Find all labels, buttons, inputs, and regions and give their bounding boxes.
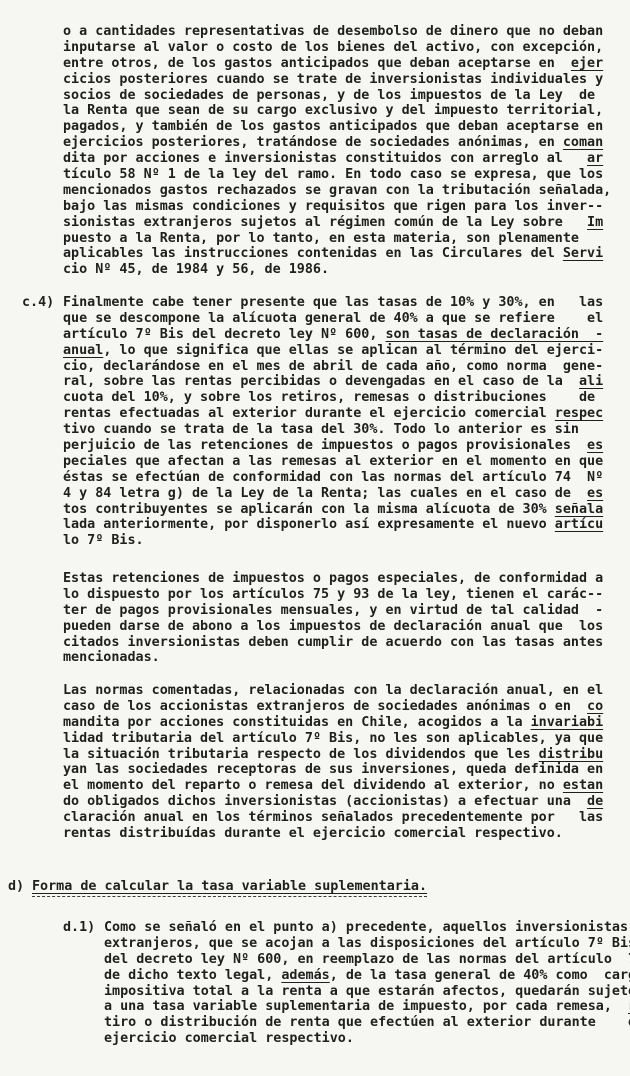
- text-line: tos contribuyentes se aplicarán con la m…: [63, 502, 603, 518]
- text-line: do obligados dichos inversionistas (acci…: [63, 794, 603, 810]
- text: bajo las mismas condiciones y requisitos…: [63, 199, 603, 214]
- text: puesto a la Renta, por lo tanto, en esta…: [63, 231, 579, 246]
- underlined-text: Servi: [563, 246, 603, 261]
- text: que se descompone la alícuota general de…: [63, 311, 603, 326]
- text-line: socios de sociedades de personas, y de l…: [63, 88, 611, 104]
- text-line: anual, lo que significa que ellas se apl…: [63, 343, 603, 359]
- text-line: mandita por acciones constituidas en Chi…: [63, 715, 603, 731]
- text-line: éstas se efectúan de conformidad con las…: [63, 470, 603, 486]
- text: tiro o distribución de renta que efectúe…: [104, 1015, 630, 1030]
- text-line: cuota del 10%, y sobre los retiros, reme…: [63, 390, 603, 406]
- text: la Renta que sean de su cargo exclusivo …: [63, 103, 603, 118]
- underlined-text: ali: [579, 374, 603, 389]
- text: claración anual en los términos señalado…: [63, 810, 603, 825]
- underlined-text: distribu: [539, 747, 604, 762]
- text-line: ejercicios posteriores, tratándose de so…: [63, 135, 611, 151]
- text-line: cicios posteriores cuando se trate de in…: [63, 72, 611, 88]
- text: de dicho texto legal,: [104, 968, 281, 983]
- heading-d: d)Forma de calcular la tasa variable sup…: [32, 879, 427, 895]
- paragraph-c4: c.4)Finalmente cabe tener presente que l…: [63, 295, 603, 549]
- paragraph-c4-label: c.4): [22, 295, 54, 311]
- text: yan las sociedades receptoras de sus inv…: [63, 762, 603, 777]
- text-line: mencionadas.: [63, 650, 603, 666]
- text: del decreto ley Nº 600, en reemplazo de …: [104, 952, 630, 967]
- text-line: la Renta que sean de su cargo exclusivo …: [63, 103, 611, 119]
- text: mencionadas.: [63, 650, 160, 665]
- text-line: del decreto ley Nº 600, en reemplazo de …: [104, 952, 630, 968]
- text-line: el momento del reparto o remesa del divi…: [63, 778, 603, 794]
- text-line: que se descompone la alícuota general de…: [63, 311, 603, 327]
- text-line: lo 7º Bis.: [63, 533, 603, 549]
- text-line: mencionados gastos rechazados se gravan …: [63, 183, 611, 199]
- text-line: extranjeros, que se acojan a las disposi…: [104, 936, 630, 952]
- text: do obligados dichos inversionistas (acci…: [63, 794, 587, 809]
- text: extranjeros, que se acojan a las disposi…: [104, 936, 630, 951]
- text-line: dita por acciones e inversionistas const…: [63, 151, 611, 167]
- text: tivo cuando se trata de la tasa del 30%.…: [63, 422, 579, 437]
- paragraph-retenciones: Estas retenciones de impuestos o pagos e…: [63, 571, 603, 666]
- text-line: aplicables las instrucciones contenidas …: [63, 246, 611, 262]
- text: cuota del 10%, y sobre los retiros, reme…: [63, 390, 595, 405]
- text: Las normas comentadas, relacionadas con …: [63, 683, 603, 698]
- text: inputarse al valor o costo de los bienes…: [63, 40, 603, 55]
- text: éstas se efectúan de conformidad con las…: [63, 470, 603, 485]
- text: el momento del reparto o remesa del divi…: [63, 778, 563, 793]
- text: aplicables las instrucciones contenidas …: [63, 246, 563, 261]
- text-line: entre otros, de los gastos anticipados q…: [63, 56, 611, 72]
- text: caso de los accionistas extranjeros de s…: [63, 699, 587, 714]
- text: artículo 7º Bis del decreto ley Nº 600,: [63, 327, 385, 342]
- underlined-text: Im: [587, 215, 603, 230]
- text-line: Forma de calcular la tasa variable suple…: [32, 879, 427, 895]
- text: pueden darse de abono a los impuestos de…: [63, 619, 603, 634]
- text-line: impositiva total a la renta a que estará…: [104, 984, 630, 1000]
- text: rentas efectuadas al exterior durante el…: [63, 406, 555, 421]
- underlined-text: estan: [563, 778, 603, 793]
- text-line: artículo 7º Bis del decreto ley Nº 600, …: [63, 327, 603, 343]
- text: lo dispuesto por los artículos 75 y 93 d…: [63, 587, 603, 602]
- text-line: lidad tributaria del artículo 7º Bis, no…: [63, 731, 603, 747]
- text: tículo 58 Nº 1 de la ley del ramo. En to…: [63, 167, 603, 182]
- text-line: de dicho texto legal, además, de la tasa…: [104, 968, 630, 984]
- underlined-text: co: [587, 699, 603, 714]
- text: ejercicios posteriores, tratándose de so…: [63, 135, 563, 150]
- text-line: lada anteriormente, por disponerlo así e…: [63, 517, 603, 533]
- text: lo 7º Bis.: [63, 533, 144, 548]
- underlined-text: coman: [563, 135, 603, 150]
- text-line: ejercicio comercial respectivo.: [104, 1031, 630, 1047]
- text-line: yan las sociedades receptoras de sus inv…: [63, 762, 603, 778]
- text: entre otros, de los gastos anticipados q…: [63, 56, 571, 71]
- text: mandita por acciones constituidas en Chi…: [63, 715, 531, 730]
- text-line: citados inversionistas deben cumplir de …: [63, 635, 603, 651]
- text: rentas distribuídas durante el ejercicio…: [63, 826, 563, 841]
- text-line: Estas retenciones de impuestos o pagos e…: [63, 571, 603, 587]
- text-line: la situación tributaria respecto de los …: [63, 747, 603, 763]
- underlined-text: artícu: [555, 517, 603, 532]
- text: pagados, y también de los gastos anticip…: [63, 119, 603, 134]
- underlined-text: son tasas de declaración -: [385, 327, 603, 342]
- text: cio Nº 45, de 1984 y 56, de 1986.: [63, 262, 329, 277]
- text: ral, sobre las rentas percibidas o deven…: [63, 374, 579, 389]
- underlined-text: anual: [63, 343, 103, 358]
- text: perjuicio de las retenciones de impuesto…: [63, 438, 587, 453]
- text-line: Las normas comentadas, relacionadas con …: [63, 683, 603, 699]
- text: , lo que significa que ellas se aplican …: [103, 343, 603, 358]
- text-line: 4 y 84 letra g) de la Ley de la Renta; l…: [63, 486, 603, 502]
- text-line: caso de los accionistas extranjeros de s…: [63, 699, 603, 715]
- text-line: peciales que afectan a las remesas al ex…: [63, 454, 603, 470]
- underlined-text: además: [281, 968, 329, 983]
- text: socios de sociedades de personas, y de l…: [63, 88, 595, 103]
- underlined-text: de: [587, 794, 603, 809]
- text-line: inputarse al valor o costo de los bienes…: [63, 40, 611, 56]
- underlined-text: es: [587, 438, 603, 453]
- text: cicios posteriores cuando se trate de in…: [63, 72, 603, 87]
- text-line: tivo cuando se trata de la tasa del 30%.…: [63, 422, 603, 438]
- text: dita por acciones e inversionistas const…: [63, 151, 587, 166]
- text: cio, declarándose en el mes de abril de …: [63, 359, 603, 374]
- text-line: perjuicio de las retenciones de impuesto…: [63, 438, 603, 454]
- document-page: o a cantidades representativas de desemb…: [0, 0, 630, 1076]
- text: sionistas extranjeros sujetos al régimen…: [63, 215, 587, 230]
- text-line: o a cantidades representativas de desemb…: [63, 24, 611, 40]
- paragraph-normas-comentadas: Las normas comentadas, relacionadas con …: [63, 683, 603, 842]
- text-line: ter de pagos provisionales mensuales, y …: [63, 603, 603, 619]
- underlined-text: es: [587, 486, 603, 501]
- text: a una tasa variable suplementaria de imp…: [104, 999, 628, 1014]
- text: ter de pagos provisionales mensuales, y …: [63, 603, 603, 618]
- text: o a cantidades representativas de desemb…: [63, 24, 603, 39]
- underlined-text: respec: [555, 406, 603, 421]
- text-line: bajo las mismas condiciones y requisitos…: [63, 199, 611, 215]
- heading-d-label: d): [8, 879, 24, 895]
- text-line: claración anual en los términos señalado…: [63, 810, 603, 826]
- text-line: puesto a la Renta, por lo tanto, en esta…: [63, 231, 611, 247]
- text: la situación tributaria respecto de los …: [63, 747, 539, 762]
- text: , de la tasa general de 40% como carga: [330, 968, 630, 983]
- text-line: pueden darse de abono a los impuestos de…: [63, 619, 603, 635]
- underlined-text: señala: [555, 502, 603, 517]
- text-line: rentas efectuadas al exterior durante el…: [63, 406, 603, 422]
- text: 4 y 84 letra g) de la Ley de la Renta; l…: [63, 486, 587, 501]
- text-line: Como se señaló en el punto a) precedente…: [104, 920, 630, 936]
- text: mencionados gastos rechazados se gravan …: [63, 183, 611, 198]
- text: lada anteriormente, por disponerlo así e…: [63, 517, 555, 532]
- text-line: tiro o distribución de renta que efectúe…: [104, 1015, 630, 1031]
- text-line: rentas distribuídas durante el ejercicio…: [63, 826, 603, 842]
- text: Finalmente cabe tener presente que las t…: [63, 295, 603, 310]
- text-line: tículo 58 Nº 1 de la ley del ramo. En to…: [63, 167, 611, 183]
- underlined-text: Forma de calcular la tasa variable suple…: [32, 879, 427, 897]
- text-line: cio Nº 45, de 1984 y 56, de 1986.: [63, 262, 611, 278]
- underlined-text: ar: [587, 151, 603, 166]
- text: impositiva total a la renta a que estará…: [104, 984, 630, 999]
- text-line: pagados, y también de los gastos anticip…: [63, 119, 611, 135]
- paragraph-intro: o a cantidades representativas de desemb…: [63, 24, 611, 278]
- paragraph-d1: d.1)Como se señaló en el punto a) preced…: [104, 920, 630, 1047]
- text-line: a una tasa variable suplementaria de imp…: [104, 999, 630, 1015]
- underlined-text: ejer: [571, 56, 603, 71]
- text-line: sionistas extranjeros sujetos al régimen…: [63, 215, 611, 231]
- text: Como se señaló en el punto a) precedente…: [104, 920, 630, 935]
- text: lidad tributaria del artículo 7º Bis, no…: [63, 731, 603, 746]
- text: tos contribuyentes se aplicarán con la m…: [63, 502, 555, 517]
- text-line: ral, sobre las rentas percibidas o deven…: [63, 374, 603, 390]
- text-line: cio, declarándose en el mes de abril de …: [63, 359, 603, 375]
- text-line: lo dispuesto por los artículos 75 y 93 d…: [63, 587, 603, 603]
- text: Estas retenciones de impuestos o pagos e…: [63, 571, 603, 586]
- text: peciales que afectan a las remesas al ex…: [63, 454, 603, 469]
- text: citados inversionistas deben cumplir de …: [63, 635, 603, 650]
- underlined-text: invariabi: [531, 715, 604, 730]
- text-line: Finalmente cabe tener presente que las t…: [63, 295, 603, 311]
- paragraph-d1-label: d.1): [63, 920, 95, 936]
- text: ejercicio comercial respectivo.: [104, 1031, 354, 1046]
